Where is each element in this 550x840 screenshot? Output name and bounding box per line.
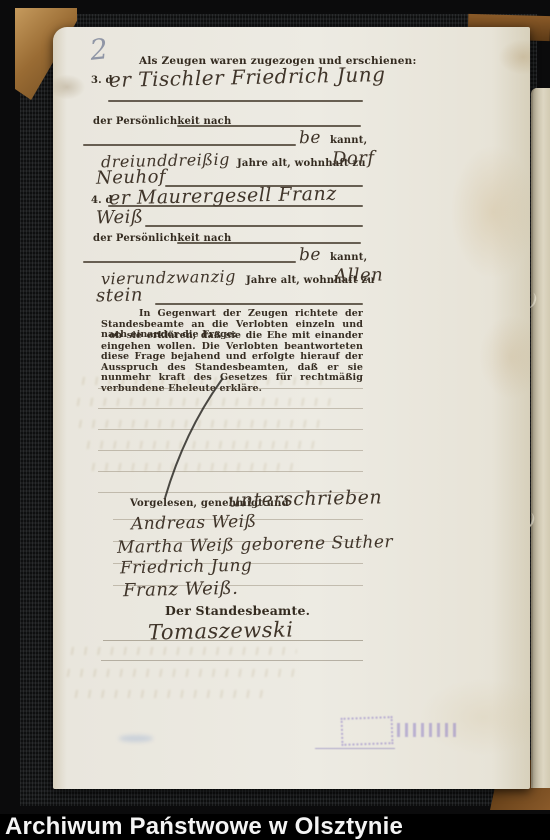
closing-handwritten: unterschrieben <box>228 486 383 511</box>
watermark-bar: Archiwum Państwowe w Olsztynie <box>0 814 550 840</box>
ink-bleedthrough <box>67 647 297 655</box>
ink-bleedthrough <box>71 690 271 698</box>
entry-line <box>108 100 363 102</box>
signature-witness-4: Franz Weiß. <box>123 578 239 601</box>
entry-line <box>83 144 296 146</box>
cross-out-stroke <box>153 374 233 502</box>
signature-bride: Martha Weiß geborene Suther <box>117 532 393 558</box>
entry-line <box>145 225 363 227</box>
folio-number: 2 <box>88 32 109 67</box>
adjacent-page-edge <box>531 88 550 788</box>
entry-line <box>177 125 361 127</box>
ink-bleedthrough <box>63 669 303 677</box>
archive-name: Archiwum Państwowe w Olsztynie <box>0 813 403 840</box>
witness3-residence-handwritten-1: Dorf <box>332 148 375 170</box>
entry-line <box>155 303 363 305</box>
signature-groom: Andreas Weiß <box>131 512 257 535</box>
witness3-known-handwritten: be <box>299 128 321 148</box>
witness3-residence-handwritten-2: Neuhof <box>96 166 167 188</box>
ruled-line <box>101 660 363 661</box>
entry-line <box>177 242 361 244</box>
witness4-name-handwritten-2: Weiß <box>96 207 144 229</box>
witness3-known-printed: kannt, <box>330 135 367 146</box>
witness4-residence-handwritten-2: stein <box>96 285 143 307</box>
witness4-known-handwritten: be <box>299 245 321 265</box>
witness3-name-handwritten: er Tischler Friedrich Jung <box>109 62 386 92</box>
signature-witness-3: Friedrich Jung <box>120 556 253 579</box>
ruled-line <box>103 640 363 641</box>
pencil-smudge <box>119 735 153 742</box>
witness4-residence-handwritten-1: Allen <box>334 264 384 286</box>
archive-scan-viewport: 2 Als Zeugen waren zugezogen und erschie… <box>0 0 550 840</box>
entry-line <box>83 261 296 263</box>
witness4-known-printed: kannt, <box>330 252 367 263</box>
registrar-label: Der Standesbeamte. <box>165 603 310 618</box>
archive-stamp-marks <box>397 723 457 737</box>
archive-stamp <box>341 716 394 746</box>
register-page: 2 Als Zeugen waren zugezogen und erschie… <box>53 27 530 789</box>
archive-stamp-line <box>315 748 395 749</box>
entry-line <box>108 205 363 207</box>
